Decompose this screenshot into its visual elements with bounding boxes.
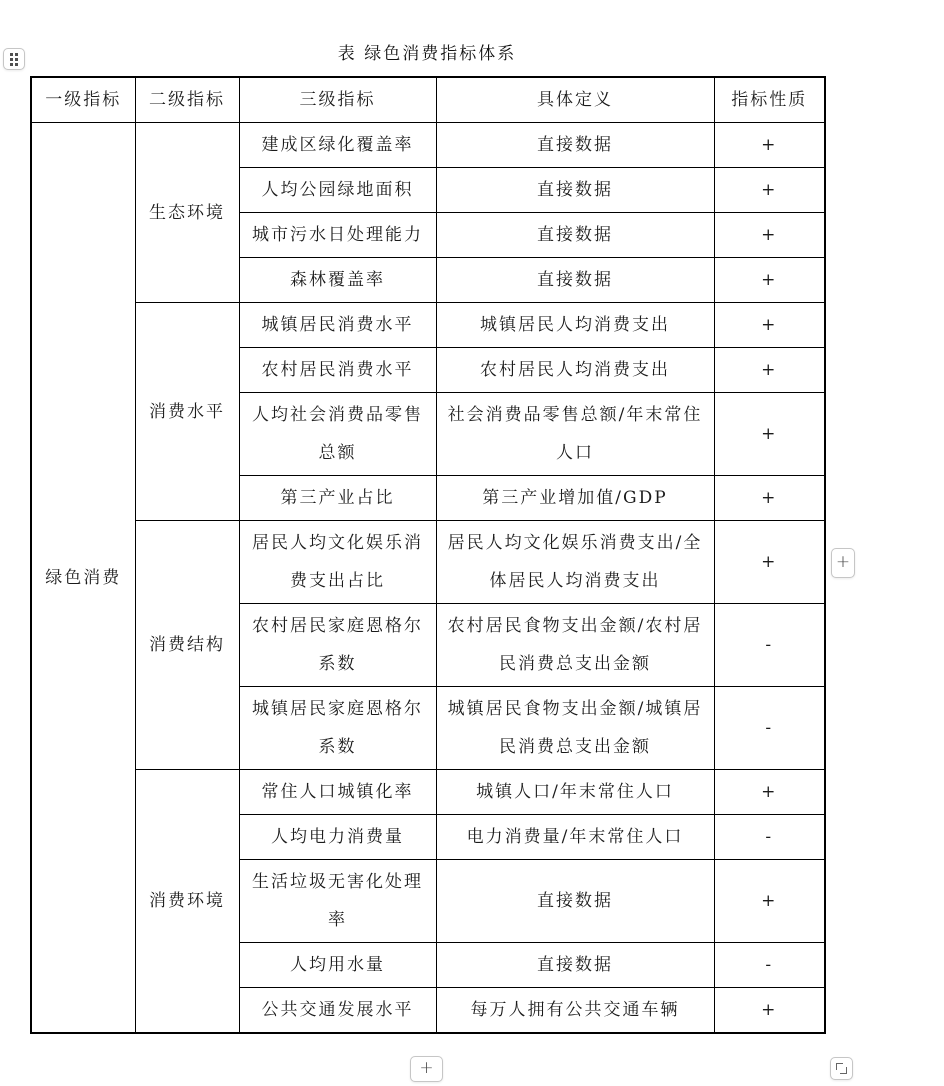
- column-header[interactable]: 指标性质: [714, 77, 825, 123]
- table-cell[interactable]: 公共交通发展水平: [239, 988, 436, 1034]
- table-cell[interactable]: 居民人均文化娱乐消费支出/全体居民人均消费支出: [436, 521, 714, 604]
- table-cell[interactable]: 农村居民食物支出金额/农村居民消费总支出金额: [436, 604, 714, 687]
- table-cell[interactable]: +: [714, 348, 825, 393]
- column-header[interactable]: 三级指标: [239, 77, 436, 123]
- table-cell[interactable]: 直接数据: [436, 123, 714, 168]
- table-cell[interactable]: +: [714, 770, 825, 815]
- table-cell[interactable]: +: [714, 213, 825, 258]
- expand-table-button[interactable]: [830, 1057, 853, 1080]
- table-cell[interactable]: 城市污水日处理能力: [239, 213, 436, 258]
- table-cell[interactable]: 城镇居民食物支出金额/城镇居民消费总支出金额: [436, 687, 714, 770]
- table-cell[interactable]: 电力消费量/年末常住人口: [436, 815, 714, 860]
- table-cell[interactable]: 城镇人口/年末常住人口: [436, 770, 714, 815]
- table-cell[interactable]: 直接数据: [436, 943, 714, 988]
- table-cell[interactable]: +: [714, 988, 825, 1034]
- table-cell[interactable]: +: [714, 168, 825, 213]
- table-block: 表 绿色消费指标体系 一级指标二级指标三级指标具体定义指标性质 绿色消费生态环境…: [30, 44, 824, 1034]
- plus-icon: +: [836, 554, 850, 571]
- indicator-table: 一级指标二级指标三级指标具体定义指标性质 绿色消费生态环境建成区绿化覆盖率直接数…: [30, 76, 826, 1034]
- add-row-button[interactable]: +: [410, 1056, 443, 1082]
- table-cell[interactable]: +: [714, 476, 825, 521]
- table-cell[interactable]: 人均电力消费量: [239, 815, 436, 860]
- table-cell[interactable]: 城镇居民人均消费支出: [436, 303, 714, 348]
- table-cell[interactable]: +: [714, 860, 825, 943]
- column-header[interactable]: 二级指标: [135, 77, 239, 123]
- table-cell[interactable]: +: [714, 123, 825, 168]
- table-cell[interactable]: 消费水平: [135, 303, 239, 521]
- document-page: 表 绿色消费指标体系 一级指标二级指标三级指标具体定义指标性质 绿色消费生态环境…: [0, 0, 944, 1086]
- expand-icon: [836, 1063, 847, 1074]
- table-cell[interactable]: 生态环境: [135, 123, 239, 303]
- table-row: 消费水平城镇居民消费水平城镇居民人均消费支出+: [31, 303, 825, 348]
- table-cell[interactable]: 直接数据: [436, 213, 714, 258]
- table-cell[interactable]: 直接数据: [436, 168, 714, 213]
- column-header[interactable]: 具体定义: [436, 77, 714, 123]
- table-cell[interactable]: 城镇居民消费水平: [239, 303, 436, 348]
- table-drag-handle[interactable]: [3, 48, 25, 70]
- plus-icon: +: [419, 1060, 433, 1077]
- table-cell[interactable]: 消费环境: [135, 770, 239, 1034]
- table-cell[interactable]: +: [714, 303, 825, 348]
- add-column-button[interactable]: +: [831, 548, 855, 578]
- table-title: 表 绿色消费指标体系: [30, 44, 824, 65]
- table-row: 消费环境常住人口城镇化率城镇人口/年末常住人口+: [31, 770, 825, 815]
- table-cell[interactable]: 绿色消费: [31, 123, 135, 1034]
- table-cell[interactable]: 直接数据: [436, 258, 714, 303]
- table-cell[interactable]: 消费结构: [135, 521, 239, 770]
- table-cell[interactable]: 生活垃圾无害化处理率: [239, 860, 436, 943]
- table-cell[interactable]: 人均用水量: [239, 943, 436, 988]
- table-cell[interactable]: 农村居民消费水平: [239, 348, 436, 393]
- table-cell[interactable]: 第三产业占比: [239, 476, 436, 521]
- table-cell[interactable]: 直接数据: [436, 860, 714, 943]
- table-cell[interactable]: 常住人口城镇化率: [239, 770, 436, 815]
- table-cell[interactable]: 农村居民家庭恩格尔系数: [239, 604, 436, 687]
- table-cell[interactable]: +: [714, 393, 825, 476]
- drag-dots-icon: [10, 53, 18, 66]
- table-cell[interactable]: 农村居民人均消费支出: [436, 348, 714, 393]
- table-cell[interactable]: -: [714, 604, 825, 687]
- table-cell[interactable]: +: [714, 258, 825, 303]
- table-cell[interactable]: 居民人均文化娱乐消费支出占比: [239, 521, 436, 604]
- table-cell[interactable]: -: [714, 687, 825, 770]
- table-cell[interactable]: +: [714, 521, 825, 604]
- table-row: 消费结构居民人均文化娱乐消费支出占比居民人均文化娱乐消费支出/全体居民人均消费支…: [31, 521, 825, 604]
- table-cell[interactable]: -: [714, 943, 825, 988]
- table-header-row: 一级指标二级指标三级指标具体定义指标性质: [31, 77, 825, 123]
- column-header[interactable]: 一级指标: [31, 77, 135, 123]
- table-cell[interactable]: 城镇居民家庭恩格尔系数: [239, 687, 436, 770]
- table-cell[interactable]: 每万人拥有公共交通车辆: [436, 988, 714, 1034]
- table-cell[interactable]: 人均社会消费品零售总额: [239, 393, 436, 476]
- table-cell[interactable]: 社会消费品零售总额/年末常住人口: [436, 393, 714, 476]
- table-cell[interactable]: -: [714, 815, 825, 860]
- table-cell[interactable]: 第三产业增加值/GDP: [436, 476, 714, 521]
- table-cell[interactable]: 建成区绿化覆盖率: [239, 123, 436, 168]
- table-cell[interactable]: 森林覆盖率: [239, 258, 436, 303]
- table-body: 绿色消费生态环境建成区绿化覆盖率直接数据+人均公园绿地面积直接数据+城市污水日处…: [31, 123, 825, 1034]
- table-cell[interactable]: 人均公园绿地面积: [239, 168, 436, 213]
- table-row: 绿色消费生态环境建成区绿化覆盖率直接数据+: [31, 123, 825, 168]
